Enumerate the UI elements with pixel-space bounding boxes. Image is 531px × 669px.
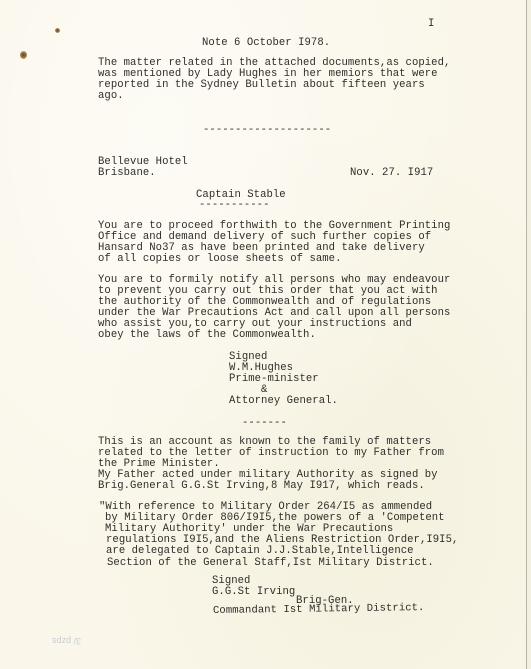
note-heading: Note 6 October I978. [202, 38, 330, 49]
signature-line: G.G.St Irving [212, 587, 295, 598]
foxing-spot [55, 28, 60, 33]
letter-date: Nov. 27. I917 [350, 168, 433, 179]
separator: ------- [242, 418, 287, 429]
signature-line: Attorney General. [229, 396, 338, 407]
text-line: Brig.General G.G.St Irving,8 May I917, w… [98, 481, 425, 492]
page-number: I [428, 19, 434, 30]
text-line: Section of the General Staff,Ist Militar… [107, 558, 434, 569]
text-line: ago. [98, 91, 124, 102]
text-line: of all copies or loose sheets of same. [98, 254, 341, 265]
addressee-underline: ----------- [199, 200, 269, 211]
text-line: are delegated to Captain J.J.Stable,Inte… [106, 546, 414, 557]
signature-line: Prime-minister [229, 374, 319, 385]
text-line: obey the laws of the Commonwealth. [98, 330, 316, 341]
text-line: reported in the Sydney Bulletin about fi… [98, 80, 425, 91]
foxing-spot [20, 51, 27, 59]
pencil-annotation: 3/ pzps [52, 636, 81, 646]
sender-address-line: Brisbane. [98, 168, 156, 179]
separator: -------------------- [203, 125, 331, 136]
page-edge-margin [527, 0, 531, 669]
